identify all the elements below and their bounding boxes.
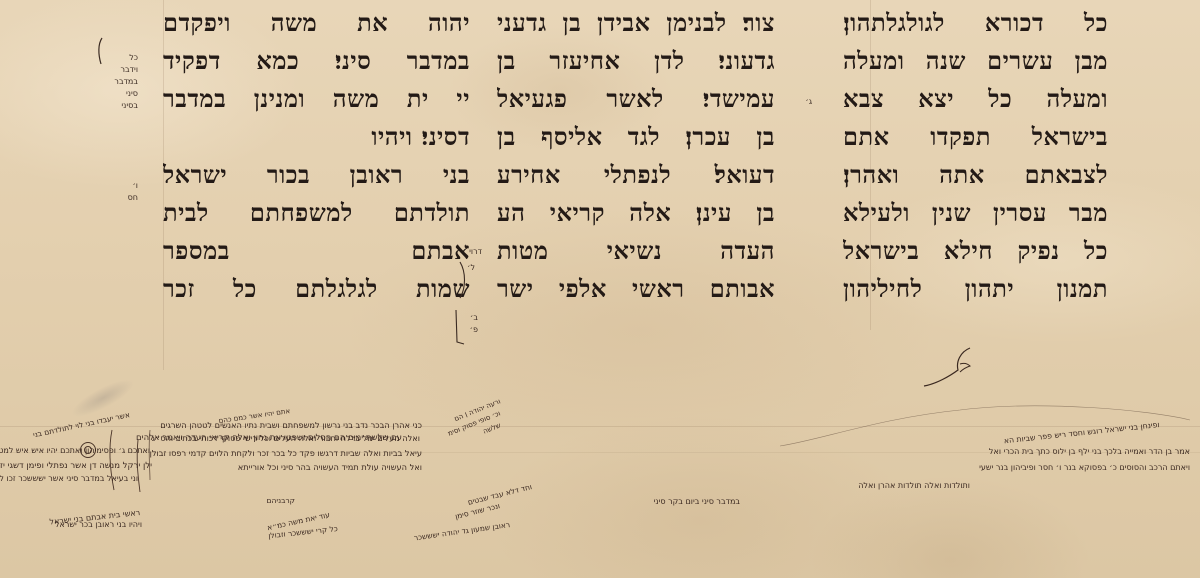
margin-note-line: ו׳	[108, 180, 138, 192]
masorah-tail-line: ויהיו בני ראובן בכר ישראל	[55, 520, 142, 530]
margin-note-line: ג׳	[805, 97, 812, 106]
text-line: אבתם במספר	[163, 232, 470, 270]
margin-note-line: בסיני	[98, 100, 138, 112]
text-line: תולדתם למשפחתם לבית	[163, 194, 470, 232]
masorah-line: וני בעיאל במדבר סיני אשר ישששכר זכו לך כ…	[0, 474, 138, 484]
fish-outline-icon	[0, 380, 1200, 578]
text-line: העדה נשיאי מטות	[497, 232, 775, 270]
margin-note-line: סיני	[98, 88, 138, 100]
margin-note-middle: דרוי	[450, 246, 482, 258]
text-line: דעואל׃ לנפתלי אחירע	[497, 156, 775, 194]
masorah-line: כני אהרן הבכר נדב בני גרשון למשפחתם ושבי…	[160, 420, 422, 430]
masorah-line: במדבר סיני ביום בקר סיני	[654, 497, 740, 507]
margin-note-right-of-middle: ג׳	[800, 96, 812, 108]
masorah-belly-line: קרבניהם	[267, 496, 295, 506]
text-line: צור׃ לבנימן אבידן בן גדעני	[497, 4, 775, 42]
text-line: בני ראובן בכור ישראל	[163, 156, 470, 194]
text-line: בן עכרן׃ לגד אליסף בן	[497, 118, 775, 156]
text-line: במדבר סיני׃ כמא דפקיד	[163, 42, 470, 80]
margin-note-line: חס	[108, 192, 138, 204]
masorah-line: עיאל בביות ואלה שביות דרגשו פקד כל בכר ז…	[150, 448, 422, 458]
text-line: מבן עשרים שנה ומעלה	[843, 42, 1108, 80]
text-line: יי ית משה ומנינן במדבר	[163, 80, 470, 118]
masorah-line: אמר בן הדר ואמייה בלכך בני ילף בן ילוס כ…	[989, 447, 1190, 457]
text-column-right: כל דכורא לגולגלתהון׃ מבן עשרים שנה ומעלה…	[843, 0, 1108, 308]
text-line: מבר עסרין שנין ולעילא	[843, 194, 1108, 232]
margin-bracket-icon	[452, 258, 472, 348]
masorah-line: ואתכם ג׳ ופסימיהון ואתכם יהיו איש איש למ…	[0, 446, 150, 456]
margin-note-line: במדבר	[98, 76, 138, 88]
text-line: יהוה את משה ויפקדם	[163, 4, 470, 42]
masorah-line: ויאתם הרכב והסוסים כ׳ בפסוקא בנר ו׳ חסר …	[979, 463, 1190, 473]
text-column-left: יהוה את משה ויפקדם במדבר סיני׃ כמא דפקיד…	[163, 0, 470, 308]
masorah-line: ואל העשויה עולת תמיד העשויה בהר סיני וכל…	[238, 462, 422, 472]
text-line: לצבאתם אתה ואהרן׃	[843, 156, 1108, 194]
margin-note-left-lower: ו׳ חס	[108, 180, 138, 204]
text-line: גדעוני׃ לדן אחיעזר בן	[497, 42, 775, 80]
text-column-middle: צור׃ לבנימן אבידן בן גדעני גדעוני׃ לדן א…	[497, 0, 775, 308]
masorah-line: ואלה העלים ימל ברלח וחבור ואלה העלים וכל…	[152, 433, 420, 443]
text-line: אבותם ראשי אלפי ישר	[497, 270, 775, 308]
text-line: כל נפיק חילא בישראל	[843, 232, 1108, 270]
masorah-line: ותולדות ואלה תולדות אהרן ואלה	[858, 481, 970, 491]
text-line: עמישדי׃ לאשר פגעיאל	[497, 80, 775, 118]
margin-note-line: דרוי	[450, 246, 482, 258]
text-line: ומעלה כל יצא צבא	[843, 80, 1108, 118]
text-line: דסיני׃ ויהיו	[163, 118, 470, 156]
text-line: שמות לגלגלתם כל זכר	[163, 270, 470, 308]
text-line: כל דכורא לגולגלתהון׃	[843, 4, 1108, 42]
text-line: תמנון יתהון לחיליהון	[843, 270, 1108, 308]
masorah-line: ילן ירקל מנשה דן אשר נפתלי ופימן דשגי יז…	[0, 461, 152, 471]
text-line: בישראל תפקדו אתם	[843, 118, 1108, 156]
margin-bracket-icon	[96, 36, 106, 66]
text-line: בן עינן׃ אלה קריאי הע	[497, 194, 775, 232]
